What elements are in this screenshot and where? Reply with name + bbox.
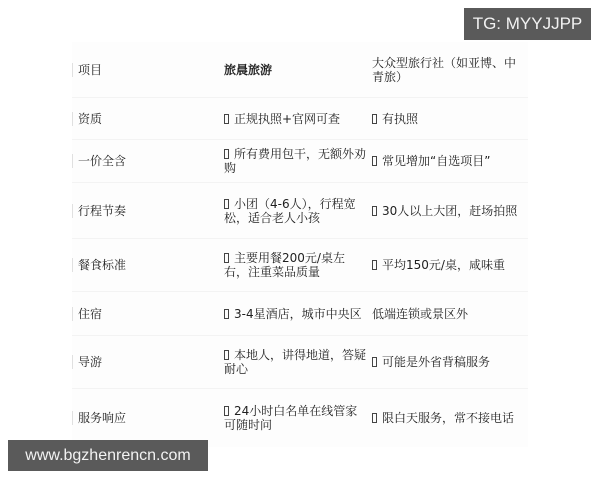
header-item: 项目 xyxy=(72,63,222,77)
website-watermark: www.bgzhenrencn.com xyxy=(8,440,208,471)
cell-text: 可能是外省背稿服务 xyxy=(382,355,490,369)
row-label: 资质 xyxy=(72,112,222,126)
comparison-table: 项目 旅晨旅游 大众型旅行社（如亚博、中青旅） 资质 正规执照+官网可查 有执照… xyxy=(72,42,528,447)
agency-cell: 30人以上大团，赶场拍照 xyxy=(370,204,528,218)
missing-glyph-icon xyxy=(224,350,229,360)
table-row: 导游 本地人，讲得地道，答疑耐心 可能是外省背稿服务 xyxy=(72,335,528,388)
lvchen-cell: 正规执照+官网可查 xyxy=(222,112,370,126)
table-row: 服务响应 24小时白名单在线管家可随时问 限白天服务，常不接电话 xyxy=(72,388,528,447)
missing-glyph-icon xyxy=(224,114,229,124)
missing-glyph-icon xyxy=(224,199,229,209)
agency-cell: 常见增加“自选项目” xyxy=(370,154,528,168)
lvchen-cell: 24小时白名单在线管家可随时问 xyxy=(222,404,370,432)
header-lvchen: 旅晨旅游 xyxy=(222,63,370,77)
agency-cell: 有执照 xyxy=(370,112,528,126)
missing-glyph-icon xyxy=(224,406,229,416)
cell-text: 低端连锁或景区外 xyxy=(372,307,468,321)
table-row: 住宿 3-4星酒店，城市中央区 低端连锁或景区外 xyxy=(72,291,528,335)
row-label: 一价全含 xyxy=(72,154,222,168)
table-row: 行程节奏 小团（4-6人），行程宽松，适合老人小孩 30人以上大团，赶场拍照 xyxy=(72,182,528,238)
row-label: 住宿 xyxy=(72,307,222,321)
cell-text: 限白天服务，常不接电话 xyxy=(382,411,514,425)
row-label: 导游 xyxy=(72,355,222,369)
cell-text: 常见增加“自选项目” xyxy=(382,154,490,168)
row-label: 餐食标准 xyxy=(72,258,222,272)
cell-text: 正规执照+官网可查 xyxy=(234,112,340,126)
missing-glyph-icon xyxy=(224,149,229,159)
agency-cell: 低端连锁或景区外 xyxy=(370,307,528,321)
lvchen-cell: 所有费用包干，无额外劝购 xyxy=(222,147,370,175)
cell-text: 30人以上大团，赶场拍照 xyxy=(382,204,517,218)
cell-text: 主要用餐200元/桌左右，注重菜品质量 xyxy=(224,251,345,279)
agency-cell: 限白天服务，常不接电话 xyxy=(370,411,528,425)
table-header-row: 项目 旅晨旅游 大众型旅行社（如亚博、中青旅） xyxy=(72,42,528,97)
missing-glyph-icon xyxy=(372,260,377,270)
row-label: 行程节奏 xyxy=(72,204,222,218)
missing-glyph-icon xyxy=(372,156,377,166)
cell-text: 本地人，讲得地道，答疑耐心 xyxy=(224,348,366,376)
cell-text: 24小时白名单在线管家可随时问 xyxy=(224,404,357,432)
table-row: 餐食标准 主要用餐200元/桌左右，注重菜品质量 平均150元/桌，咸味重 xyxy=(72,238,528,291)
cell-text: 3-4星酒店，城市中央区 xyxy=(234,307,362,321)
cell-text: 平均150元/桌，咸味重 xyxy=(382,258,505,272)
header-mass-agency: 大众型旅行社（如亚博、中青旅） xyxy=(370,56,528,84)
lvchen-cell: 3-4星酒店，城市中央区 xyxy=(222,307,370,321)
missing-glyph-icon xyxy=(372,413,377,423)
missing-glyph-icon xyxy=(224,309,229,319)
missing-glyph-icon xyxy=(372,206,377,216)
agency-cell: 可能是外省背稿服务 xyxy=(370,355,528,369)
table-row: 资质 正规执照+官网可查 有执照 xyxy=(72,97,528,139)
lvchen-cell: 主要用餐200元/桌左右，注重菜品质量 xyxy=(222,251,370,279)
table-row: 一价全含 所有费用包干，无额外劝购 常见增加“自选项目” xyxy=(72,139,528,182)
telegram-watermark: TG: MYYJJPP xyxy=(464,8,591,40)
lvchen-cell: 小团（4-6人），行程宽松，适合老人小孩 xyxy=(222,197,370,225)
agency-cell: 平均150元/桌，咸味重 xyxy=(370,258,528,272)
cell-text: 小团（4-6人），行程宽松，适合老人小孩 xyxy=(224,197,356,225)
missing-glyph-icon xyxy=(372,114,377,124)
missing-glyph-icon xyxy=(372,357,377,367)
lvchen-cell: 本地人，讲得地道，答疑耐心 xyxy=(222,348,370,376)
missing-glyph-icon xyxy=(224,253,229,263)
row-label: 服务响应 xyxy=(72,411,222,425)
page: 项目 旅晨旅游 大众型旅行社（如亚博、中青旅） 资质 正规执照+官网可查 有执照… xyxy=(0,0,600,480)
cell-text: 所有费用包干，无额外劝购 xyxy=(224,147,366,175)
cell-text: 有执照 xyxy=(382,112,418,126)
